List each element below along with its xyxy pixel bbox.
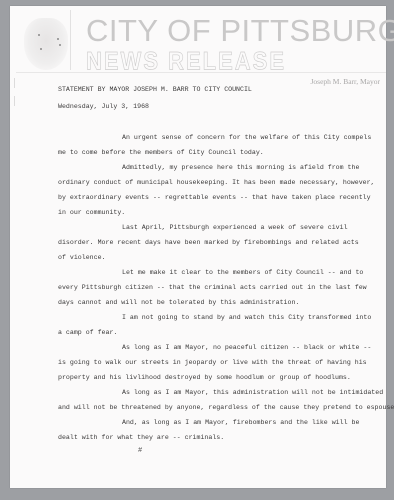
- text-line: of violence.: [58, 250, 388, 265]
- text-line: property and his livlihood destroyed by …: [58, 370, 388, 385]
- text-line: As long as I am Mayor, this administrati…: [58, 385, 388, 400]
- statement-heading: STATEMENT BY MAYOR JOSEPH M. BARR TO CIT…: [58, 86, 252, 93]
- letterhead-title: CITY OF PITTSBURGH: [86, 15, 394, 46]
- text-line: days cannot and will not be tolerated by…: [58, 295, 388, 310]
- text-line: in our community.: [58, 205, 388, 220]
- document-page: CITY OF PITTSBURGH NEWS RELEASE Joseph M…: [10, 6, 386, 488]
- text-line: a camp of fear.: [58, 325, 388, 340]
- text-line: An urgent sense of concern for the welfa…: [58, 130, 388, 145]
- statement-body: An urgent sense of concern for the welfa…: [58, 130, 388, 445]
- text-line: dealt with for what they are -- criminal…: [58, 430, 388, 445]
- letterhead-divider: [16, 72, 386, 73]
- text-line: every Pittsburgh citizen -- that the cri…: [58, 280, 388, 295]
- text-line: by extraordinary events -- regrettable e…: [58, 190, 388, 205]
- text-line: is going to walk our streets in jeopardy…: [58, 355, 388, 370]
- text-line: ordinary conduct of municipal housekeepi…: [58, 175, 388, 190]
- margin-mark: [14, 78, 15, 88]
- text-line: and will not be threatened by anyone, re…: [58, 400, 388, 415]
- letterhead-divider-vertical: [70, 10, 71, 70]
- text-line: me to come before the members of City Co…: [58, 145, 388, 160]
- text-line: disorder. More recent days have been mar…: [58, 235, 388, 250]
- text-line: Admittedly, my presence here this mornin…: [58, 160, 388, 175]
- end-mark: #: [138, 447, 142, 455]
- text-line: Last April, Pittsburgh experienced a wee…: [58, 220, 388, 235]
- text-line: As long as I am Mayor, no peaceful citiz…: [58, 340, 388, 355]
- text-line: I am not going to stand by and watch thi…: [58, 310, 388, 325]
- margin-mark: [14, 96, 15, 106]
- statement-date: Wednesday, July 3, 1968: [58, 103, 149, 110]
- text-line: Let me make it clear to the members of C…: [58, 265, 388, 280]
- text-line: And, as long as I am Mayor, firebombers …: [58, 415, 388, 430]
- mayor-name: Joseph M. Barr, Mayor: [311, 77, 380, 86]
- letterhead-subtitle: NEWS RELEASE: [86, 49, 286, 74]
- city-seal-icon: [24, 18, 68, 70]
